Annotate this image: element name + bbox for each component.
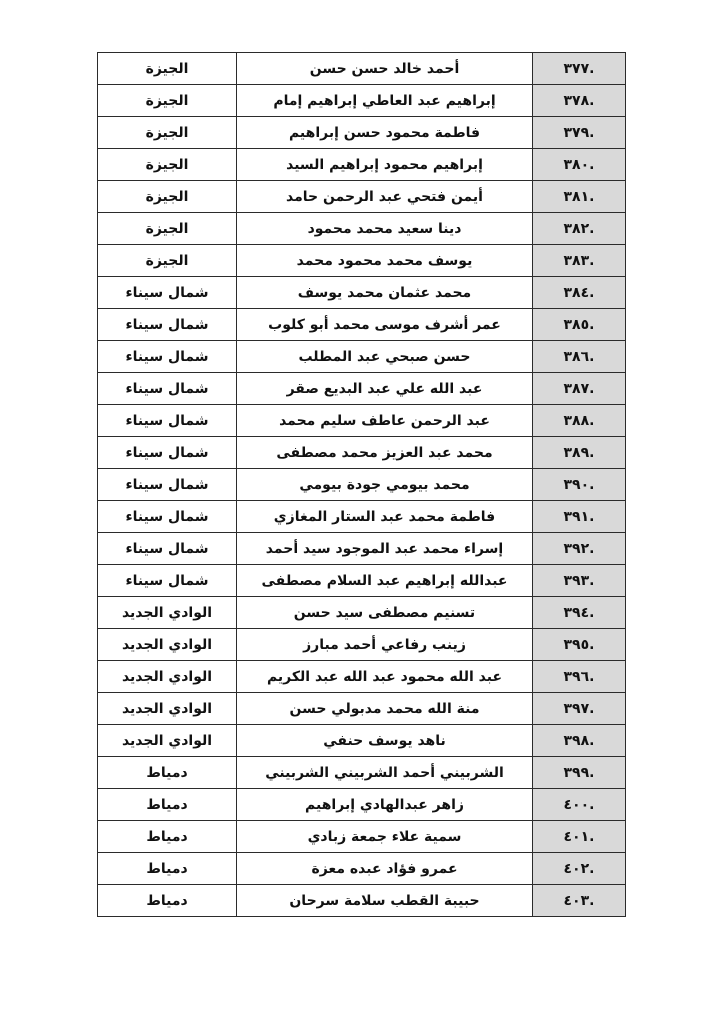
governorate-cell: دمياط [98,757,237,789]
name-cell: سمية علاء جمعة زبادي [237,821,533,853]
governorate-cell: شمال سيناء [98,565,237,597]
name-cell: عمرو فؤاد عبده معزة [237,853,533,885]
name-cell: عبدالله إبراهيم عبد السلام مصطفى [237,565,533,597]
row-number-cell: .٣٩١ [533,501,626,533]
row-number-cell: .٣٨٩ [533,437,626,469]
name-cell: حبيبة القطب سلامة سرحان [237,885,533,917]
table-row: .٣٨٤محمد عثمان محمد يوسفشمال سيناء [98,277,626,309]
governorate-cell: دمياط [98,853,237,885]
table-row: .٤٠١سمية علاء جمعة زباديدمياط [98,821,626,853]
row-number-cell: .٣٨٢ [533,213,626,245]
name-cell: فاطمة محمود حسن إبراهيم [237,117,533,149]
row-number-cell: .٣٧٨ [533,85,626,117]
name-cell: عبد الرحمن عاطف سليم محمد [237,405,533,437]
table-row: .٣٩١فاطمة محمد عبد الستار المغازيشمال سي… [98,501,626,533]
row-number-cell: .٣٨٤ [533,277,626,309]
table-row: .٣٧٧أحمد خالد حسن حسنالجيزة [98,53,626,85]
name-cell: حسن صبحي عبد المطلب [237,341,533,373]
table-row: .٣٩٠محمد بيومي جودة بيوميشمال سيناء [98,469,626,501]
governorate-cell: الوادي الجديد [98,693,237,725]
row-number-cell: .٣٨٦ [533,341,626,373]
table-row: .٣٨٧عبد الله علي عبد البديع صقرشمال سينا… [98,373,626,405]
row-number-cell: .٣٨٧ [533,373,626,405]
row-number-cell: .٣٧٧ [533,53,626,85]
governorate-cell: الجيزة [98,213,237,245]
governorate-cell: شمال سيناء [98,405,237,437]
row-number-cell: .٣٩٩ [533,757,626,789]
table-row: .٣٧٩فاطمة محمود حسن إبراهيمالجيزة [98,117,626,149]
row-number-cell: .٣٨٣ [533,245,626,277]
row-number-cell: .٤٠٢ [533,853,626,885]
roster-table-body: .٣٧٧أحمد خالد حسن حسنالجيزة.٣٧٨إبراهيم ع… [98,53,626,917]
governorate-cell: شمال سيناء [98,277,237,309]
table-row: .٤٠٠زاهر عبدالهادي إبراهيمدمياط [98,789,626,821]
governorate-cell: شمال سيناء [98,533,237,565]
name-cell: عبد الله علي عبد البديع صقر [237,373,533,405]
table-row: .٣٩٧منة الله محمد مدبولي حسنالوادي الجدي… [98,693,626,725]
name-cell: محمد بيومي جودة بيومي [237,469,533,501]
name-cell: دينا سعيد محمد محمود [237,213,533,245]
row-number-cell: .٣٩٧ [533,693,626,725]
table-row: .٣٨٨عبد الرحمن عاطف سليم محمدشمال سيناء [98,405,626,437]
governorate-cell: شمال سيناء [98,341,237,373]
governorate-cell: الجيزة [98,181,237,213]
table-row: .٣٨٠إبراهيم محمود إبراهيم السيدالجيزة [98,149,626,181]
table-row: .٣٧٨إبراهيم عبد العاطي إبراهيم إمامالجيز… [98,85,626,117]
governorate-cell: شمال سيناء [98,373,237,405]
table-row: .٤٠٣حبيبة القطب سلامة سرحاندمياط [98,885,626,917]
governorate-cell: الجيزة [98,149,237,181]
row-number-cell: .٣٨٨ [533,405,626,437]
table-row: .٣٩٣عبدالله إبراهيم عبد السلام مصطفىشمال… [98,565,626,597]
table-row: .٣٩٥زينب رفاعي أحمد مبارزالوادي الجديد [98,629,626,661]
name-cell: ناهد يوسف حنفي [237,725,533,757]
name-cell: محمد عثمان محمد يوسف [237,277,533,309]
name-cell: محمد عبد العزيز محمد مصطفى [237,437,533,469]
table-row: .٣٨٩محمد عبد العزيز محمد مصطفىشمال سيناء [98,437,626,469]
governorate-cell: شمال سيناء [98,437,237,469]
table-row: .٣٨١أيمن فتحي عبد الرحمن حامدالجيزة [98,181,626,213]
row-number-cell: .٤٠٣ [533,885,626,917]
row-number-cell: .٣٨٥ [533,309,626,341]
governorate-cell: الجيزة [98,117,237,149]
table-row: .٣٩٢إسراء محمد عبد الموجود سيد أحمدشمال … [98,533,626,565]
governorate-cell: الوادي الجديد [98,725,237,757]
name-cell: عبد الله محمود عبد الله عبد الكريم [237,661,533,693]
governorate-cell: شمال سيناء [98,309,237,341]
row-number-cell: .٣٨٠ [533,149,626,181]
row-number-cell: .٣٨١ [533,181,626,213]
row-number-cell: .٣٩٥ [533,629,626,661]
name-cell: إبراهيم عبد العاطي إبراهيم إمام [237,85,533,117]
governorate-cell: دمياط [98,885,237,917]
name-cell: فاطمة محمد عبد الستار المغازي [237,501,533,533]
name-cell: زينب رفاعي أحمد مبارز [237,629,533,661]
governorate-cell: الجيزة [98,53,237,85]
name-cell: تسنيم مصطفى سيد حسن [237,597,533,629]
table-row: .٣٩٦عبد الله محمود عبد الله عبد الكريمال… [98,661,626,693]
name-cell: يوسف محمد محمود محمد [237,245,533,277]
name-cell: زاهر عبدالهادي إبراهيم [237,789,533,821]
row-number-cell: .٣٧٩ [533,117,626,149]
table-row: .٣٨٢دينا سعيد محمد محمودالجيزة [98,213,626,245]
governorate-cell: الجيزة [98,85,237,117]
document-page: .٣٧٧أحمد خالد حسن حسنالجيزة.٣٧٨إبراهيم ع… [0,0,720,1018]
name-cell: إبراهيم محمود إبراهيم السيد [237,149,533,181]
row-number-cell: .٣٩٢ [533,533,626,565]
table-row: .٣٨٥عمر أشرف موسى محمد أبو كلوبشمال سينا… [98,309,626,341]
governorate-cell: دمياط [98,789,237,821]
row-number-cell: .٣٩٨ [533,725,626,757]
row-number-cell: .٣٩٤ [533,597,626,629]
row-number-cell: .٣٩٦ [533,661,626,693]
governorate-cell: الوادي الجديد [98,629,237,661]
name-cell: أيمن فتحي عبد الرحمن حامد [237,181,533,213]
table-row: .٣٨٣يوسف محمد محمود محمدالجيزة [98,245,626,277]
row-number-cell: .٣٩٣ [533,565,626,597]
table-row: .٣٩٨ناهد يوسف حنفيالوادي الجديد [98,725,626,757]
governorate-cell: دمياط [98,821,237,853]
governorate-cell: الجيزة [98,245,237,277]
governorate-cell: شمال سيناء [98,469,237,501]
governorate-cell: الوادي الجديد [98,661,237,693]
table-row: .٣٨٦حسن صبحي عبد المطلبشمال سيناء [98,341,626,373]
name-cell: أحمد خالد حسن حسن [237,53,533,85]
table-row: .٤٠٢عمرو فؤاد عبده معزةدمياط [98,853,626,885]
name-cell: الشربيني أحمد الشربيني الشربيني [237,757,533,789]
row-number-cell: .٣٩٠ [533,469,626,501]
governorate-cell: شمال سيناء [98,501,237,533]
table-row: .٣٩٩الشربيني أحمد الشربيني الشربينيدمياط [98,757,626,789]
row-number-cell: .٤٠٠ [533,789,626,821]
governorate-cell: الوادي الجديد [98,597,237,629]
name-cell: إسراء محمد عبد الموجود سيد أحمد [237,533,533,565]
name-cell: منة الله محمد مدبولي حسن [237,693,533,725]
table-row: .٣٩٤تسنيم مصطفى سيد حسنالوادي الجديد [98,597,626,629]
roster-table: .٣٧٧أحمد خالد حسن حسنالجيزة.٣٧٨إبراهيم ع… [97,52,626,917]
row-number-cell: .٤٠١ [533,821,626,853]
name-cell: عمر أشرف موسى محمد أبو كلوب [237,309,533,341]
